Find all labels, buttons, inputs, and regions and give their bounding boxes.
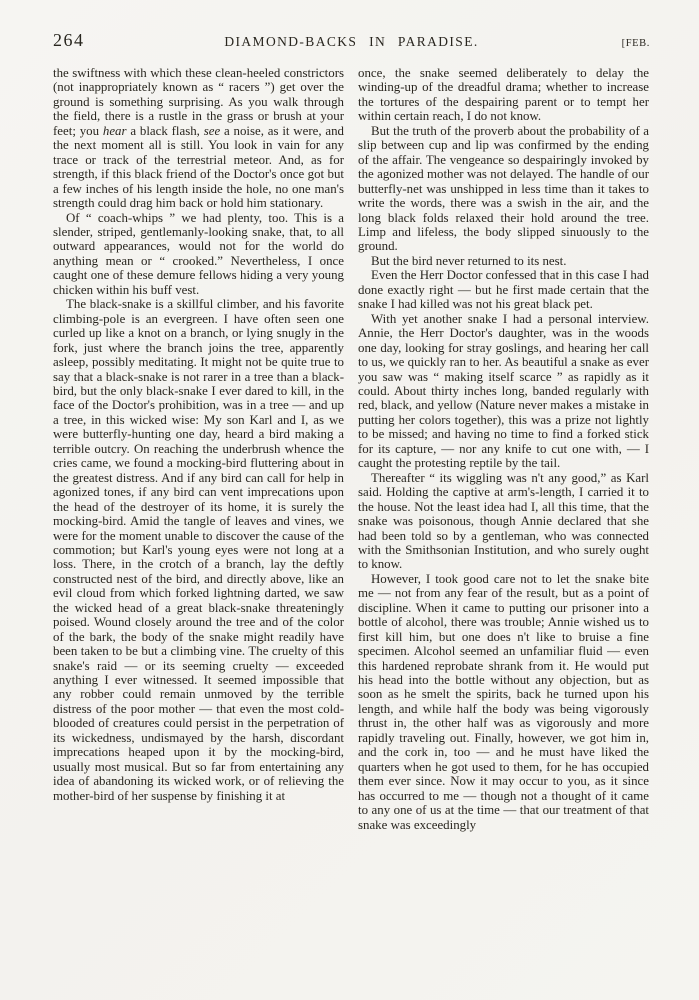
body-text: But the bird never returned to its nest. — [371, 254, 566, 268]
body-text: However, I took good care not to let the… — [358, 572, 649, 832]
left-column: the swiftness with which these clean-hee… — [53, 66, 344, 832]
body-text: The black-snake is a skillful climber, a… — [53, 297, 344, 802]
body-text: a black flash, — [127, 124, 204, 138]
paragraph: Even the Herr Doctor confessed that in t… — [358, 268, 649, 311]
body-text: Thereafter “ its wiggling was n't any go… — [358, 471, 649, 572]
paragraph: Of “ coach-whips ” we had plenty, too. T… — [53, 211, 344, 298]
paragraph: Thereafter “ its wiggling was n't any go… — [358, 471, 649, 572]
issue-label: [FEB. — [479, 38, 650, 49]
paragraph: But the bird never returned to its nest. — [358, 254, 649, 268]
paragraph: With yet another snake I had a personal … — [358, 312, 649, 471]
paragraph: The black-snake is a skillful climber, a… — [53, 297, 344, 803]
paragraph: But the truth of the proverb about the p… — [358, 124, 649, 254]
paragraph: the swiftness with which these clean-hee… — [53, 66, 344, 211]
italic-text: hear — [103, 124, 127, 138]
running-title: DIAMOND-BACKS IN PARADISE. — [224, 34, 478, 50]
body-text: once, the snake seemed deliberately to d… — [358, 66, 649, 123]
right-column: once, the snake seemed deliberately to d… — [358, 66, 649, 832]
magazine-page: 264 DIAMOND-BACKS IN PARADISE. [FEB. the… — [0, 0, 699, 1000]
text-columns: the swiftness with which these clean-hee… — [53, 66, 650, 832]
body-text: Even the Herr Doctor confessed that in t… — [358, 268, 649, 311]
page-header: 264 DIAMOND-BACKS IN PARADISE. [FEB. — [53, 30, 650, 51]
paragraph: However, I took good care not to let the… — [358, 572, 649, 832]
paragraph: once, the snake seemed deliberately to d… — [358, 66, 649, 124]
body-text: With yet another snake I had a personal … — [358, 312, 649, 471]
page-number: 264 — [53, 30, 224, 51]
italic-text: see — [204, 124, 220, 138]
body-text: But the truth of the proverb about the p… — [358, 124, 649, 254]
body-text: Of “ coach-whips ” we had plenty, too. T… — [53, 211, 344, 297]
